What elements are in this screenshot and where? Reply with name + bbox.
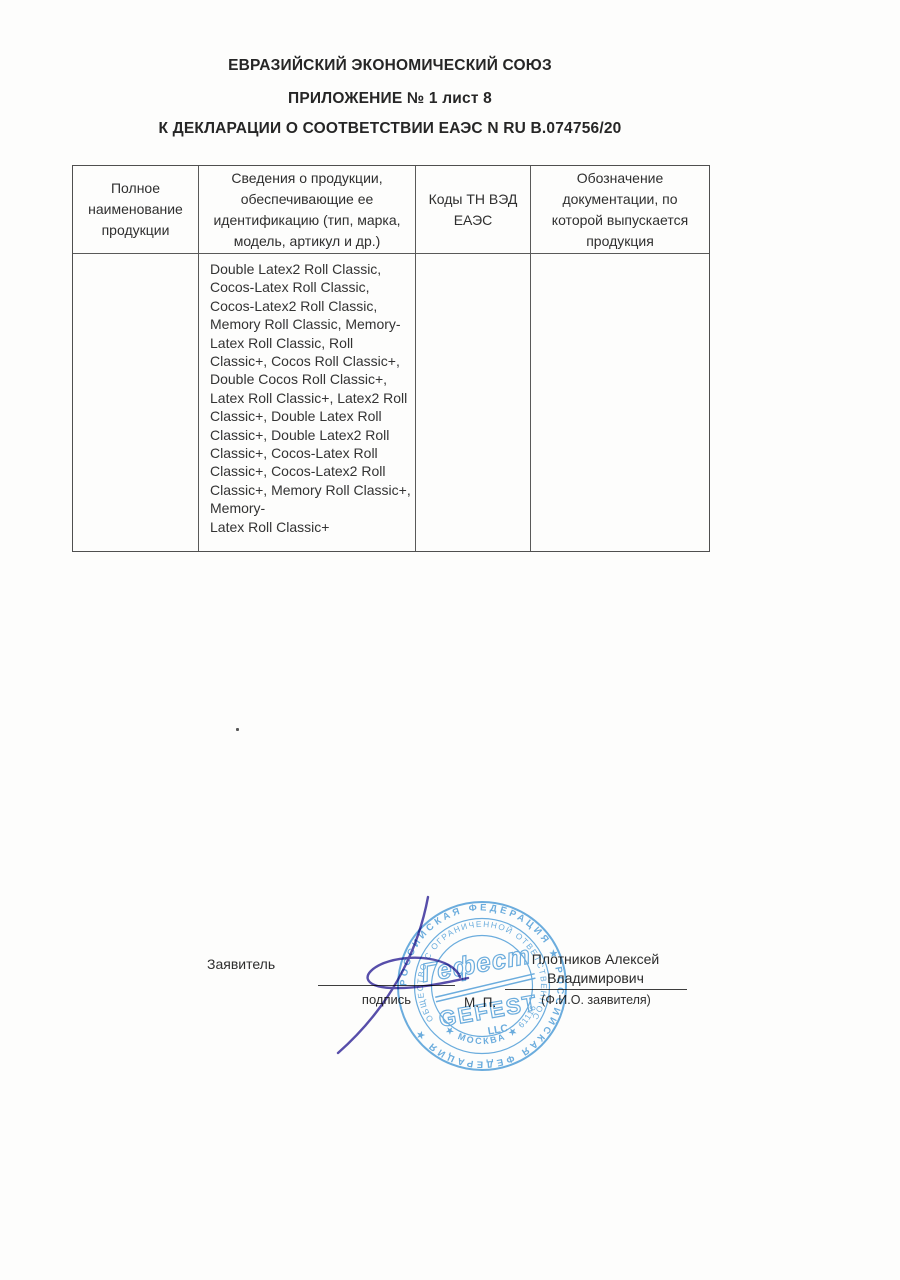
union-title: ЕВРАЗИЙСКИЙ ЭКОНОМИЧЕСКИЙ СОЮЗ	[60, 57, 720, 75]
cell-tn-ved-codes	[416, 254, 531, 551]
cell-product-info: Double Latex2 Roll Classic, Cocos-Latex …	[199, 254, 416, 551]
scanned-declaration-page: ЕВРАЗИЙСКИЙ ЭКОНОМИЧЕСКИЙ СОЮЗ ПРИЛОЖЕНИ…	[0, 0, 900, 1280]
signature-stroke-diagonal	[338, 897, 428, 1053]
declaration-number-title: К ДЕКЛАРАЦИИ О СООТВЕТСТВИИ ЕАЭС N RU B.…	[60, 120, 720, 138]
appendix-title: ПРИЛОЖЕНИЕ № 1 лист 8	[60, 90, 720, 108]
cell-product-name	[73, 254, 199, 551]
header-product-info: Сведения о продукции, обеспечивающие ее …	[199, 166, 416, 254]
cell-documentation	[531, 254, 709, 551]
header-product-name: Полное наименование продукции	[73, 166, 199, 254]
scan-dot-artifact	[236, 728, 239, 731]
header-tn-ved-codes: Коды ТН ВЭД ЕАЭС	[416, 166, 531, 254]
signature-stroke-loop	[368, 958, 468, 988]
header-documentation: Обозначение документации, по которой вып…	[531, 166, 709, 254]
handwritten-signature	[310, 885, 490, 1065]
products-table: Полное наименование продукции Сведения о…	[72, 165, 710, 552]
applicant-label: Заявитель	[207, 956, 275, 972]
